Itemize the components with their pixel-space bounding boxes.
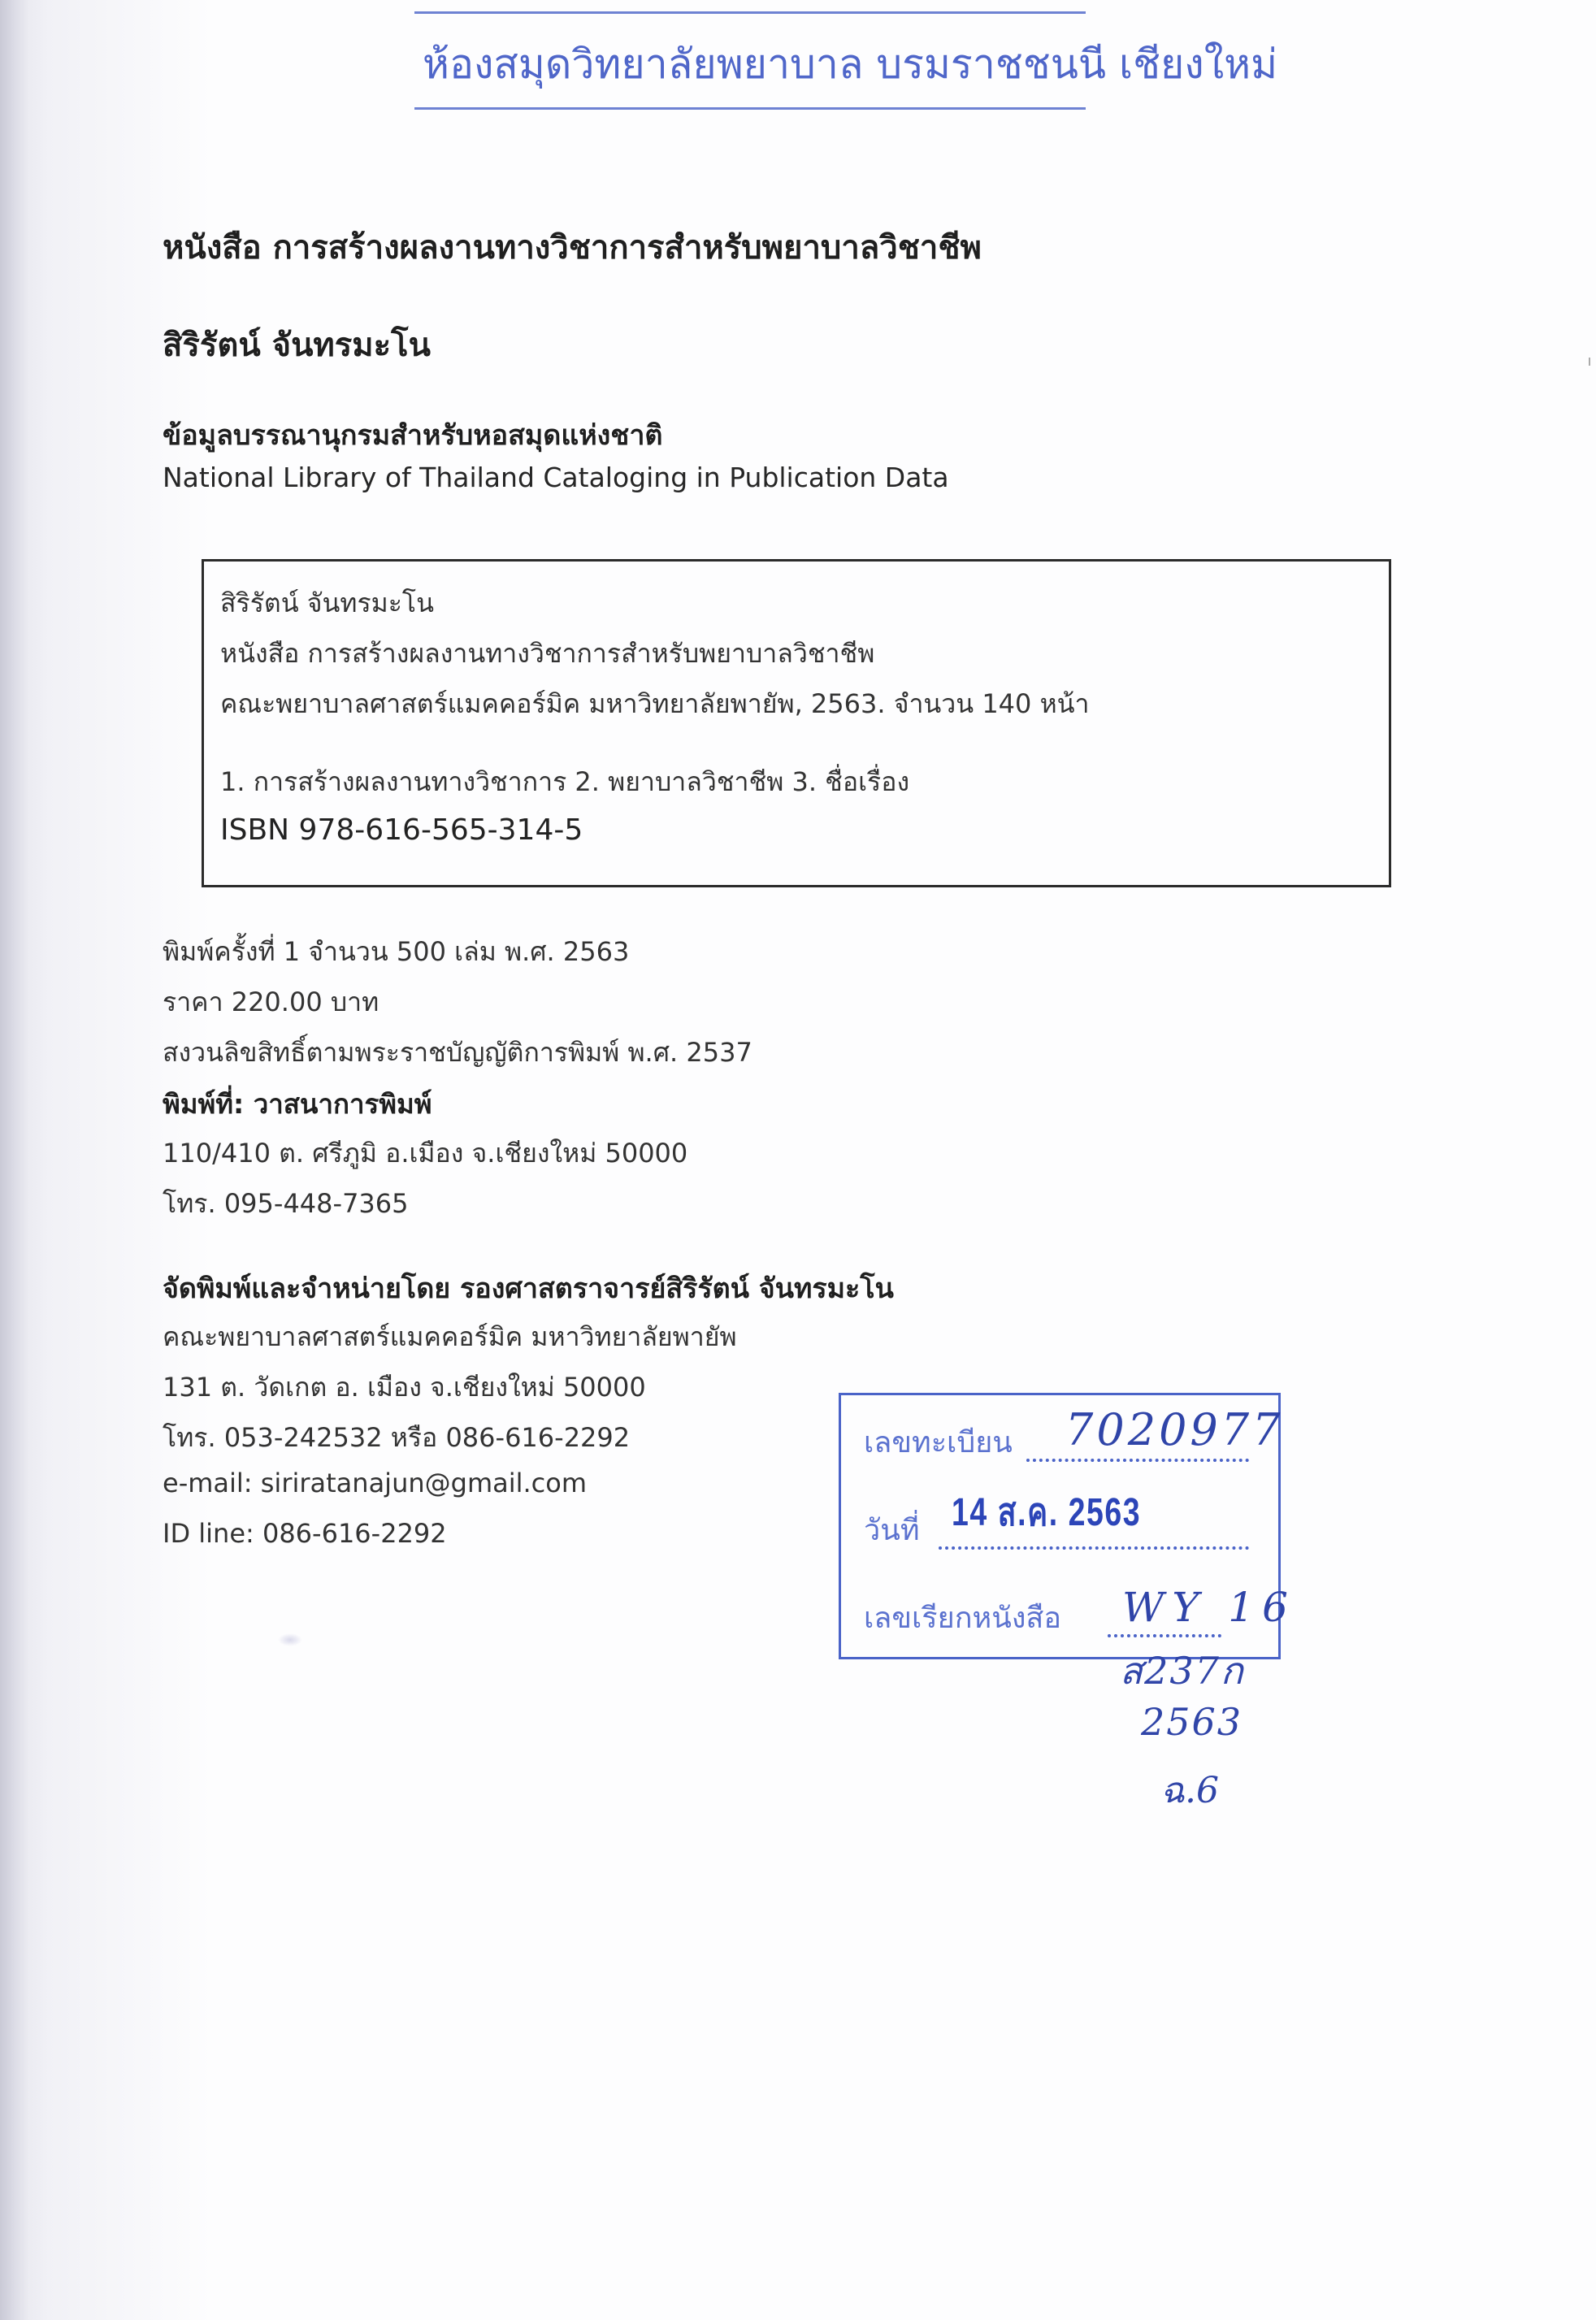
registration-number-row: เลขทะเบียน 7020977	[864, 1412, 1249, 1468]
distributor-faculty: คณะพยาบาลศาสตร์แมคคอร์มิค มหาวิทยาลัยพาย…	[163, 1316, 737, 1358]
dotted-line	[1026, 1459, 1249, 1462]
printer-address: 110/410 ต. ศรีภูมิ อ.เมือง จ.เชียงใหม่ 5…	[163, 1133, 687, 1174]
library-stamp-text: ห้องสมุดวิทยาลัยพยาบาล บรมราชชนนี เชียงใ…	[423, 33, 1277, 97]
call-number-row: เลขเรียกหนังสือ WY 16	[864, 1587, 1249, 1644]
page-binding-shadow	[0, 0, 49, 2320]
distributor-heading: จัดพิมพ์และจำหน่ายโดย รองศาสตราจารย์สิริ…	[163, 1266, 894, 1310]
printer-phone: โทร. 095-448-7365	[163, 1183, 409, 1225]
copyright-notice: สงวนลิขสิทธิ์ตามพระราชบัญญัติการพิมพ์ พ.…	[163, 1032, 752, 1073]
book-title: หนังสือ การสร้างผลงานทางวิชาการสำหรับพยา…	[163, 221, 982, 273]
distributor-address: 131 ต. วัดเกต อ. เมือง จ.เชียงใหม่ 50000	[163, 1367, 646, 1408]
cip-subjects: 1. การสร้างผลงานทางวิชาการ 2. พยาบาลวิชา…	[220, 761, 909, 803]
margin-mark	[1589, 358, 1590, 366]
call-number-value: WY 16	[1122, 1584, 1296, 1631]
stamp-rule-top	[414, 11, 1086, 14]
book-author: สิริรัตน์ จันทรมะโน	[163, 319, 431, 371]
printer-heading: พิมพ์ที่: วาสนาการพิมพ์	[163, 1082, 432, 1125]
distributor-phone: โทร. 053-242532 หรือ 086-616-2292	[163, 1417, 630, 1459]
cip-heading-english: National Library of Thailand Cataloging …	[163, 462, 949, 493]
print-edition: พิมพ์ครั้งที่ 1 จำนวน 500 เล่ม พ.ศ. 2563	[163, 931, 629, 973]
cip-title: หนังสือ การสร้างผลงานทางวิชาการสำหรับพยา…	[220, 633, 874, 674]
call-number-year: 2563	[1141, 1700, 1243, 1744]
cip-heading-thai: ข้อมูลบรรณานุกรมสำหรับหอสมุดแห่งชาติ	[163, 413, 663, 457]
stamp-rule-bottom	[414, 107, 1086, 110]
date-value: 14 ส.ค. 2563	[952, 1481, 1141, 1543]
cip-author: สิริรัตน์ จันทรมะโน	[220, 583, 434, 624]
call-number-label: เลขเรียกหนังสือ	[864, 1594, 1061, 1641]
distributor-line-id: ID line: 086-616-2292	[163, 1518, 447, 1549]
distributor-email: e-mail: siriratanajun@gmail.com	[163, 1468, 587, 1498]
dotted-line	[939, 1546, 1249, 1550]
cip-publisher: คณะพยาบาลศาสตร์แมคคอร์มิค มหาวิทยาลัยพาย…	[220, 683, 1090, 725]
date-row: วันที่ 14 ส.ค. 2563	[864, 1499, 1249, 1556]
price: ราคา 220.00 บาท	[163, 982, 379, 1023]
library-stamp: ห้องสมุดวิทยาลัยพยาบาล บรมราชชนนี เชียงใ…	[414, 7, 1086, 117]
call-number-cutter: ส237ก	[1120, 1641, 1245, 1701]
registration-stamp: เลขทะเบียน 7020977 วันที่ 14 ส.ค. 2563 เ…	[839, 1393, 1281, 1659]
date-label: วันที่	[864, 1507, 920, 1553]
dotted-line	[1108, 1634, 1221, 1637]
registration-number-label: เลขทะเบียน	[864, 1419, 1013, 1465]
cip-record-box: สิริรัตน์ จันทรมะโน หนังสือ การสร้างผลงา…	[202, 559, 1391, 887]
call-number-copy: ฉ.6	[1160, 1762, 1219, 1819]
scan-speck	[278, 1633, 302, 1646]
registration-number-value: 7020977	[1065, 1404, 1284, 1455]
cip-isbn: ISBN 978-616-565-314-5	[220, 813, 583, 847]
